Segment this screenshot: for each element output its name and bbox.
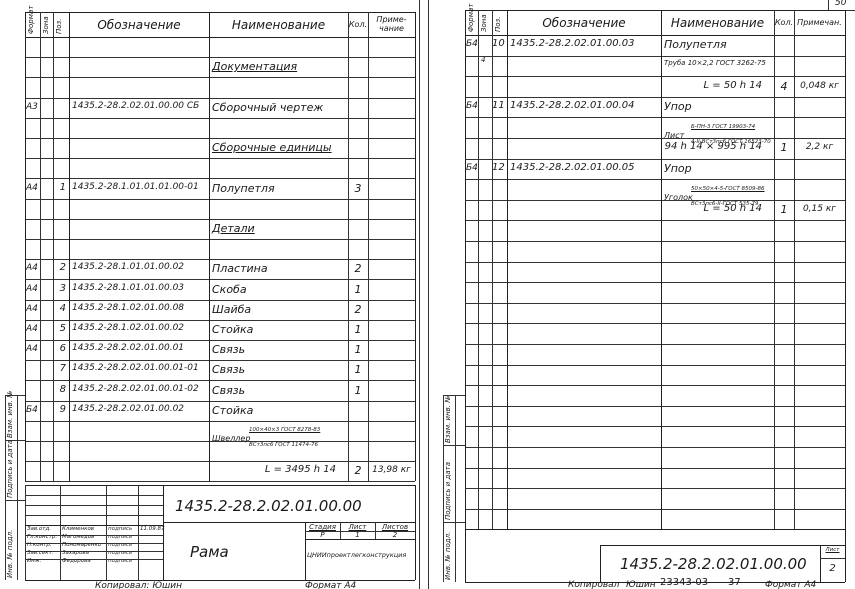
column-header-designation: Обозначение — [507, 17, 661, 29]
grid-line-vertical — [507, 10, 508, 529]
column-header-format: Формат — [467, 4, 475, 32]
right-sheet-value: 2 — [820, 564, 845, 574]
grid-line-vertical — [845, 529, 846, 582]
table-row — [465, 509, 845, 530]
column-header-name: Наименование — [661, 17, 774, 29]
grid-line-horizontal — [465, 529, 845, 530]
table-row — [465, 488, 845, 509]
cell-name: L = 50 h 14 — [661, 81, 762, 91]
cell-designation: 1435.2-28.2.02.01.00.05 — [510, 163, 634, 173]
grid-line-horizontal — [443, 522, 465, 523]
cell-note: 2,2 кг — [794, 143, 845, 152]
right-title-document-code: 1435.2-28.2.02.01.00.00 — [620, 557, 807, 572]
right-side-stamp-signature-date: Подпись и дата — [444, 462, 452, 520]
cell-position: 10 — [492, 39, 504, 49]
column-header-zone: Зона — [480, 14, 488, 32]
grid-line-horizontal — [600, 545, 845, 546]
right-side-stamp-original-inventory: Инв. № подл. — [444, 532, 452, 580]
cell-format: Б4 — [466, 40, 478, 49]
cell-designation: 1435.2-28.2.02.01.00.03 — [510, 39, 634, 49]
table-row — [465, 262, 845, 283]
cell-name: 94 h 14 × 995 h 14 — [661, 142, 762, 152]
cell-name: Труба 10×2,2 ГОСТ 3262-75 — [664, 60, 766, 67]
grid-line-horizontal — [443, 445, 465, 446]
right-footer-copied: Копировал — [568, 580, 619, 589]
cell-format: Б4 — [466, 102, 478, 111]
material-spec-top: Б-ПН-3 ГОСТ 19903-74 — [691, 125, 755, 131]
right-footer-copier: Юшин — [626, 580, 656, 589]
grid-line-vertical — [478, 10, 479, 529]
table-row — [465, 323, 845, 344]
cell-name: Упор — [664, 163, 692, 174]
right-footer-stamp: 23343-03 — [660, 577, 708, 588]
table-row — [465, 282, 845, 303]
grid-line-vertical — [661, 10, 662, 529]
right-sheet-label: Лист — [820, 548, 845, 554]
table-row — [465, 344, 845, 365]
table-row — [465, 220, 845, 241]
cell-quantity: 1 — [774, 204, 794, 215]
table-row — [465, 56, 845, 77]
material-spec-top: 50×50×4-5-ГОСТ 8509-86 — [691, 187, 765, 193]
table-row — [465, 406, 845, 427]
grid-line-vertical — [600, 545, 601, 582]
cell-note: 0,15 кг — [794, 205, 845, 214]
cell-format: Б4 — [466, 164, 478, 173]
cell-note: 0,048 кг — [794, 82, 845, 91]
grid-line-vertical — [465, 10, 466, 529]
table-row — [465, 426, 845, 447]
grid-line-horizontal — [465, 10, 845, 11]
right-footer-sheet-number: 37 — [728, 577, 741, 588]
right-specification-sheet: ФорматЗонаПоз.ОбозначениеНаименованиеКол… — [0, 0, 855, 589]
cell-position: 11 — [492, 101, 504, 111]
cell-zone: 4 — [481, 57, 485, 64]
grid-line-vertical — [455, 395, 456, 582]
cell-name: Полупетля — [664, 39, 727, 50]
right-side-stamp-replacement-inventory: Взам. инв. № — [444, 395, 452, 443]
cell-position: 12 — [492, 163, 504, 173]
table-row — [465, 365, 845, 386]
table-row — [465, 468, 845, 489]
grid-line-vertical — [465, 529, 466, 582]
right-footer-format: Формат А4 — [765, 580, 816, 589]
grid-line-vertical — [774, 10, 775, 529]
table-row — [465, 117, 845, 138]
cell-quantity: 1 — [774, 142, 794, 153]
column-header-note: Примечан. — [794, 19, 845, 27]
table-row — [465, 241, 845, 262]
grid-line-horizontal — [820, 558, 845, 559]
cell-name: L = 50 h 14 — [661, 204, 762, 214]
table-row — [465, 447, 845, 468]
cell-name: Упор — [664, 101, 692, 112]
column-header-pos: Поз. — [494, 17, 502, 33]
grid-line-vertical — [845, 10, 846, 529]
column-header-qty: Кол. — [774, 19, 794, 27]
grid-line-vertical — [492, 10, 493, 529]
table-row — [465, 179, 845, 200]
table-row — [465, 303, 845, 324]
grid-line-vertical — [794, 10, 795, 529]
cell-designation: 1435.2-28.2.02.01.00.04 — [510, 101, 634, 111]
table-row — [465, 385, 845, 406]
cell-quantity: 4 — [774, 81, 794, 92]
